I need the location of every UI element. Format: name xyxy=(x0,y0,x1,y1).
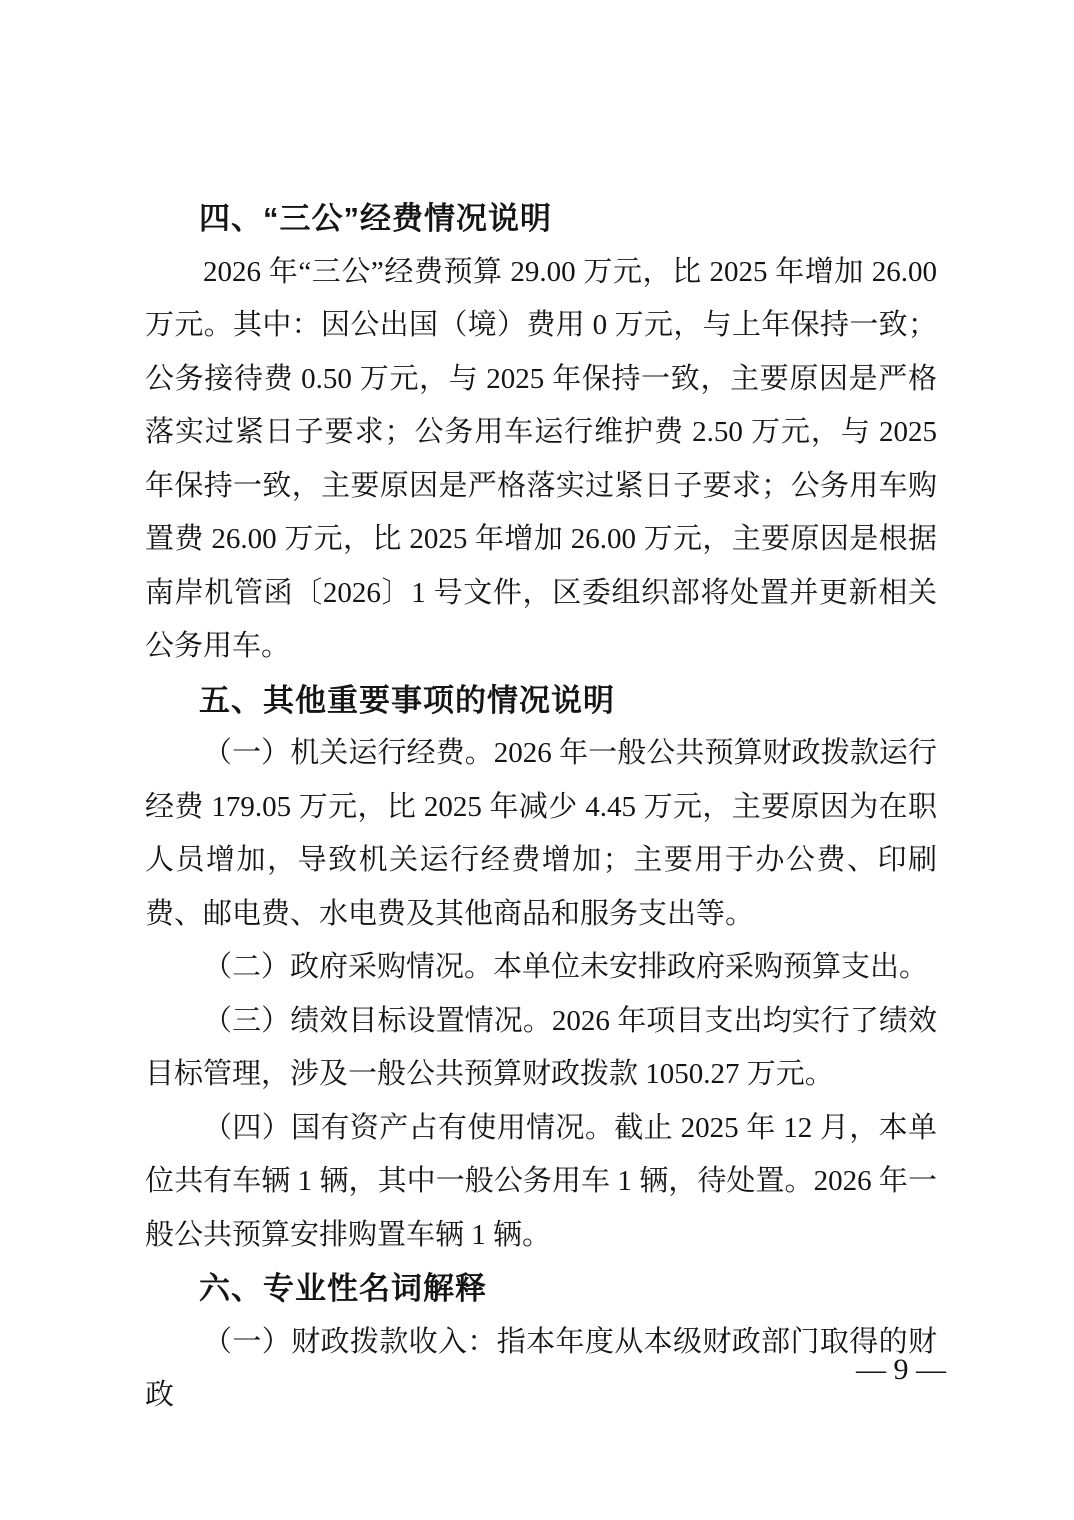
section-heading-liu-terminology: 六、专业性名词解释 xyxy=(145,1262,937,1316)
section-heading-si-sangong-expenses: 四、“三公”经费情况说明 xyxy=(145,192,937,246)
paragraph-performance-targets: （三）绩效目标设置情况。2026 年项目支出均实行了绩效目标管理，涉及一般公共预… xyxy=(145,995,937,1102)
document-page: 四、“三公”经费情况说明 2026 年“三公”经费预算 29.00 万元，比 2… xyxy=(0,0,1074,1520)
paragraph-agency-operating-expenses: （一）机关运行经费。2026 年一般公共预算财政拨款运行经费 179.05 万元… xyxy=(145,727,937,941)
paragraph-state-owned-assets: （四）国有资产占有使用情况。截止 2025 年 12 月，本单位共有车辆 1 辆… xyxy=(145,1102,937,1263)
document-body: 四、“三公”经费情况说明 2026 年“三公”经费预算 29.00 万元，比 2… xyxy=(145,192,937,1423)
paragraph-sangong-expenses-detail: 2026 年“三公”经费预算 29.00 万元，比 2025 年增加 26.00… xyxy=(145,246,937,674)
section-heading-wu-other-important-items: 五、其他重要事项的情况说明 xyxy=(145,674,937,728)
paragraph-government-procurement: （二）政府采购情况。本单位未安排政府采购预算支出。 xyxy=(145,941,937,995)
paragraph-fiscal-appropriation-income: （一）财政拨款收入：指本年度从本级财政部门取得的财政 xyxy=(145,1316,937,1423)
page-number: — 9 — xyxy=(856,1350,946,1390)
